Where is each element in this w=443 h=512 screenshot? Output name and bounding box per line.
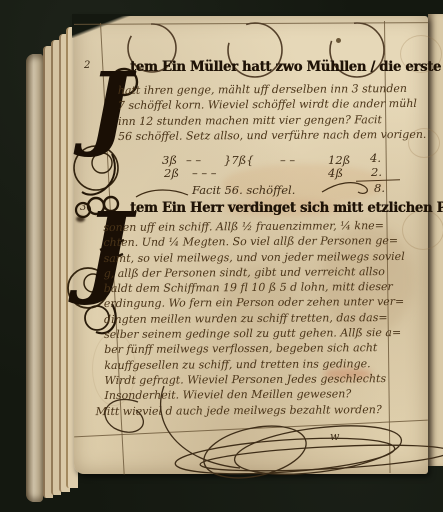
calc-dashes: – – [186,153,201,167]
ink-spot [336,38,341,43]
calc-sum: 8. [374,181,385,195]
calc-dashes: – – [280,153,295,167]
manuscript-line: erdingung. Wo fern ein Person oder zehen… [104,294,406,311]
problem-body: hatt ihren genge, mählt uff derselben in… [118,81,410,144]
penwork-circles [114,24,434,88]
calc-value: 2ß [164,166,179,180]
manuscript-line: 7 schöffel korn. Wieviel schöffel wirdt … [118,96,410,113]
calc-value: }7ß{ [224,153,254,167]
manuscript-line: ber fünff meilwegs verflossen, begeben s… [104,340,406,357]
manuscript-line: Mitt wieviel d auch jede meilwegs bezahl… [96,402,407,419]
margin-number: 2 [84,60,90,71]
book-cover-edge [26,54,43,502]
page-corner-shadow [72,14,134,38]
problem-heading: tem Ein Herr verdinget sich mitt etzlich… [130,200,443,216]
flourish-mark: w [330,430,340,443]
manuscript-line: chten. Und ¼ Megten. So viel allß der Pe… [103,233,405,250]
manuscript-line: Wirdt gefragt. Wieviel Personen Jedes ge… [104,371,406,388]
calc-value: 3ß [162,153,177,167]
manuscript-photo: 2 J J tem Ein Müller hatt zwo Mühllen / … [0,0,443,512]
ink-smudge [76,216,85,222]
calc-value: 4ß [328,166,343,180]
margin-number: 3 [80,202,86,213]
calc-answer: 4. [370,151,381,165]
show-through-circle [402,210,443,250]
calc-value: 12ß [328,153,350,167]
calc-dashes: – – – [192,166,217,180]
problem-body: sonen uff ein schiff. Allß ½ frauenzimme… [103,218,406,419]
problem-heading: tem Ein Müller hatt zwo Mühllen / die er… [130,59,441,75]
calc-answer: 2. [371,165,382,179]
manuscript-line: 56 schöffel. Setz allso, und verführe na… [118,127,410,144]
manuscript-page: 2 J J tem Ein Müller hatt zwo Mühllen / … [74,16,428,474]
frame-rule-bottom [74,420,428,438]
facit-line: Facit 56. schöffel. [192,183,295,197]
facit-swash [134,187,190,199]
